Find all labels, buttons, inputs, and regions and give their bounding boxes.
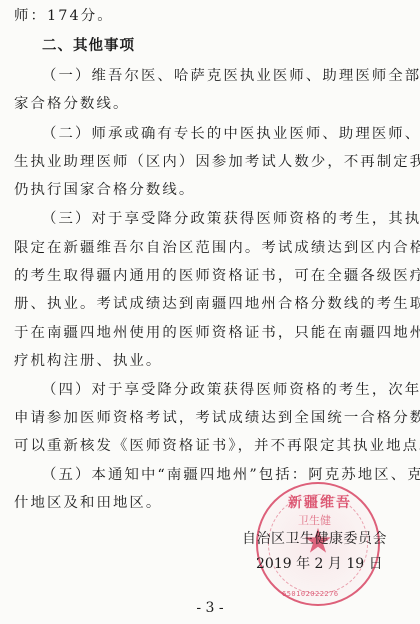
- section-heading: 二、其他事项: [42, 36, 410, 56]
- text-line: 的考生取得疆内通用的医师资格证书，可在全疆各级医疗机构注: [14, 266, 410, 286]
- text-line: 家合格分数线。: [14, 94, 410, 114]
- text-line: 生执业助理医师（区内）因参加考试人数少，不再制定我区标准，: [14, 152, 410, 172]
- text-line: 申请参加医师资格考试，考试成绩达到全国统一合格分数线的，: [14, 408, 410, 428]
- text-line: 疗机构注册、执业。: [14, 351, 410, 371]
- text-line: 可以重新核发《医师资格证书》，并不再限定其执业地点。: [14, 436, 410, 456]
- text-line: 师：174分。: [14, 6, 410, 26]
- issuer-name: 自治区卫生健康委员会: [242, 528, 387, 548]
- text-line: （三）对于享受降分政策获得医师资格的考生，其执业地点: [42, 209, 410, 229]
- text-line: （二）师承或确有专长的中医执业医师、助理医师、公共卫: [42, 124, 410, 144]
- text-line: （五）本通知中“南疆四地州”包括：阿克苏地区、克州、喀: [42, 465, 410, 485]
- text-line: 册、执业。考试成绩达到南疆四地州合格分数线的考生取得只限: [14, 294, 410, 314]
- text-line: 仍执行国家合格分数线。: [14, 180, 410, 200]
- document-page: 师：174分。 二、其他事项 （一）维吾尔医、哈萨克医执业医师、助理医师全部执行…: [0, 0, 420, 624]
- text-line: 限定在新疆维吾尔自治区范围内。考试成绩达到区内合格分数线: [14, 238, 410, 258]
- seal-code: 650102022276: [282, 590, 339, 598]
- issue-date: 2019 年 2 月 19 日: [256, 553, 383, 573]
- text-line: （一）维吾尔医、哈萨克医执业医师、助理医师全部执行国: [42, 66, 410, 86]
- text-line: 于在南疆四地州使用的医师资格证书，只能在南疆四地州各级医: [14, 323, 410, 343]
- text-line: （四）对于享受降分政策获得医师资格的考生，次年可再次: [42, 380, 410, 400]
- seal-top-text: 新疆维吾: [288, 492, 352, 512]
- page-number: - 3 -: [0, 600, 420, 616]
